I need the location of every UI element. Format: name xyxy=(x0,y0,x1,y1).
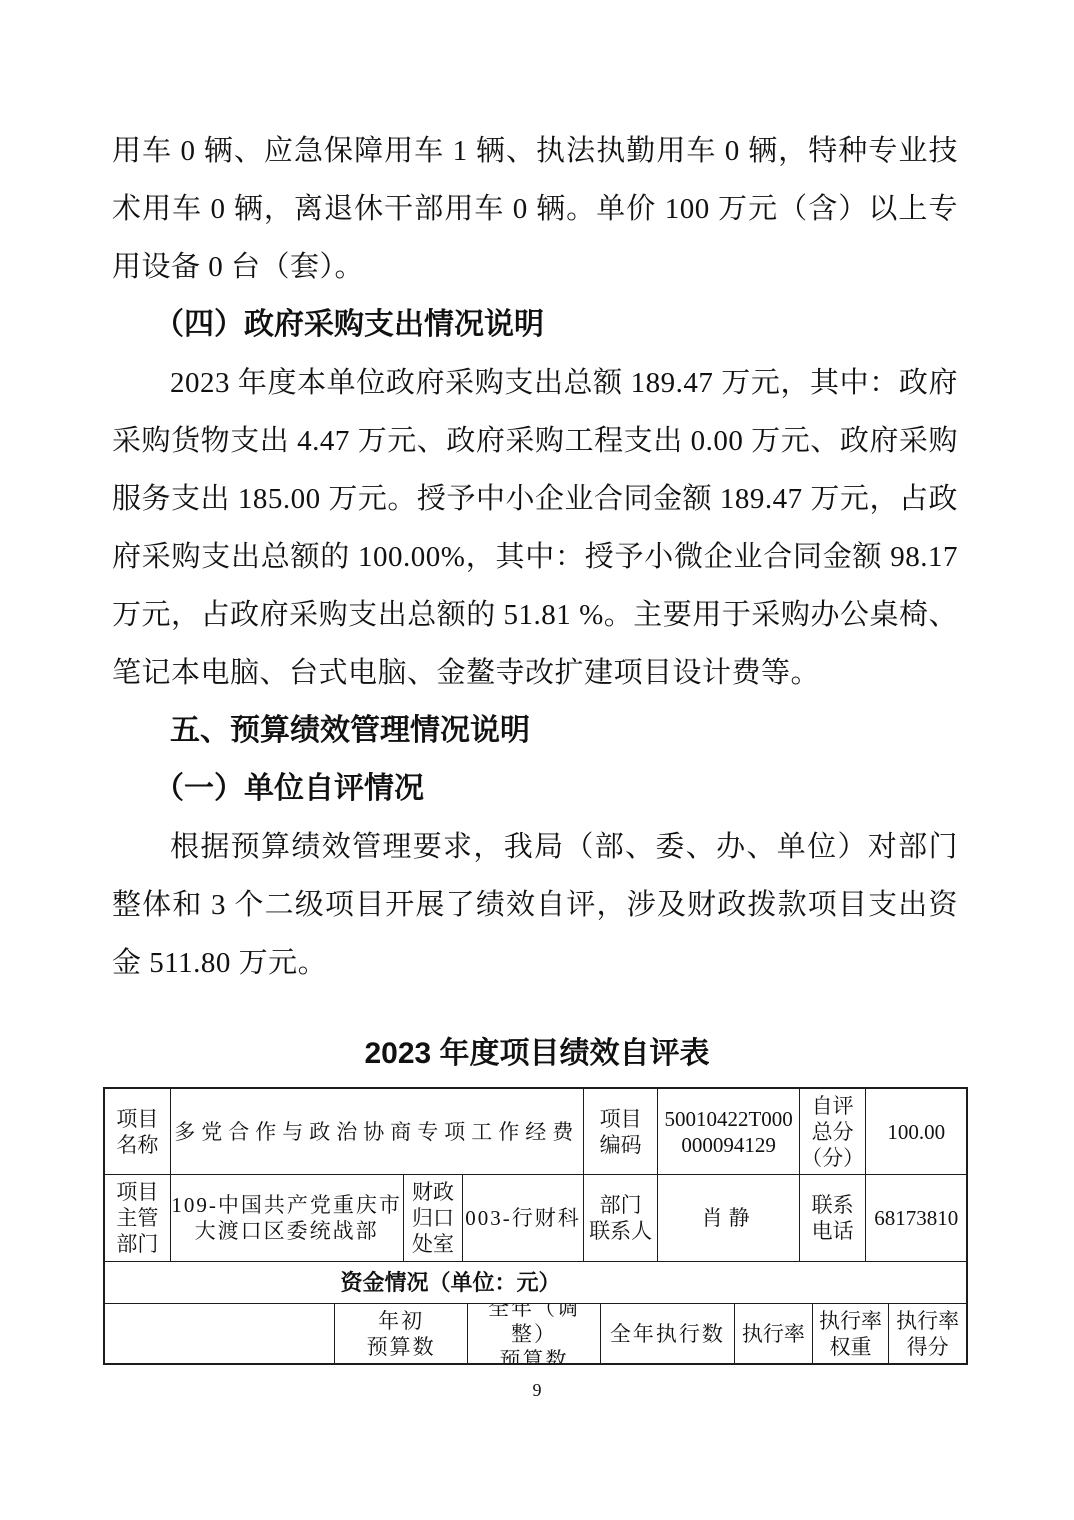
budget-initial-header-cell: 年初 预算数 xyxy=(334,1304,467,1363)
funds-header-cell: 资金情况（单位：元） xyxy=(105,1262,966,1303)
section-heading-self-eval: （一）单位自评情况 xyxy=(112,760,958,818)
body-line: 万元，占政府采购支出总额的 51.81 %。主要用于采购办公桌椅、 xyxy=(112,586,958,644)
body-text: 用车 0 辆、应急保障用车 1 辆、执法执勤用车 0 辆，特种专业技 术用车 0… xyxy=(112,122,958,992)
self-score-cell: 100.00 xyxy=(865,1089,966,1174)
section-heading-gov-procurement: （四）政府采购支出情况说明 xyxy=(112,296,958,354)
body-line: 术用车 0 辆，离退休干部用车 0 辆。单价 100 万元（含）以上专 xyxy=(112,180,958,238)
table-row-project: 项目 名称 多党合作与政治协商专项工作经费 项目 编码 50010422T000… xyxy=(105,1089,966,1174)
contact-cell: 肖静 xyxy=(657,1175,798,1261)
office-label-cell: 财政 归口 处室 xyxy=(403,1175,463,1261)
dept-label-cell: 项目 主管 部门 xyxy=(105,1175,170,1261)
body-line: 用设备 0 台（套）。 xyxy=(112,238,958,296)
budget-adjusted-header-cell: 全年（调整） 预算数 xyxy=(467,1304,599,1363)
section-heading-performance-mgmt: 五、预算绩效管理情况说明 xyxy=(112,702,958,760)
phone-label-cell: 联系 电话 xyxy=(799,1175,866,1261)
table-row-funds-columns: 年初 预算数 全年（调整） 预算数 全年执行数 执行率 执行率 权重 执行率 得… xyxy=(105,1303,966,1363)
exec-rate-header-cell: 执行率 xyxy=(734,1304,812,1363)
self-evaluation-table: 项目 名称 多党合作与政治协商专项工作经费 项目 编码 50010422T000… xyxy=(103,1087,968,1365)
body-line: 府采购支出总额的 100.00%，其中：授予小微企业合同金额 98.17 xyxy=(112,528,958,586)
body-line: 服务支出 185.00 万元。授予中小企业合同金额 189.47 万元，占政 xyxy=(112,470,958,528)
document-page: 用车 0 辆、应急保障用车 1 辆、执法执勤用车 0 辆，特种专业技 术用车 0… xyxy=(0,0,1074,1520)
project-name-cell: 多党合作与政治协商专项工作经费 xyxy=(170,1089,583,1174)
table-row-department: 项目 主管 部门 109-中国共产党重庆市 大渡口区委统战部 财政 归口 处室 … xyxy=(105,1174,966,1261)
project-name-label-cell: 项目 名称 xyxy=(105,1089,170,1174)
exec-rate-weight-header-cell: 执行率 权重 xyxy=(812,1304,889,1363)
body-line: 2023 年度本单位政府采购支出总额 189.47 万元，其中：政府 xyxy=(112,354,958,412)
phone-cell: 68173810 xyxy=(865,1175,966,1261)
body-line: 采购货物支出 4.47 万元、政府采购工程支出 0.00 万元、政府采购 xyxy=(112,412,958,470)
contact-label-cell: 部门 联系人 xyxy=(583,1175,658,1261)
body-line: 金 511.80 万元。 xyxy=(112,934,958,992)
dept-cell: 109-中国共产党重庆市 大渡口区委统战部 xyxy=(170,1175,403,1261)
blank-cell xyxy=(105,1304,334,1363)
office-cell: 003-行财科 xyxy=(462,1175,582,1261)
table-title: 2023 年度项目绩效自评表 xyxy=(0,1030,1074,1078)
self-score-label-cell: 自评 总分 （分） xyxy=(799,1089,866,1174)
body-line: 整体和 3 个二级项目开展了绩效自评，涉及财政拨款项目支出资 xyxy=(112,876,958,934)
body-line: 笔记本电脑、台式电脑、金鳌寺改扩建项目设计费等。 xyxy=(112,644,958,702)
body-line: 根据预算绩效管理要求，我局（部、委、办、单位）对部门 xyxy=(112,818,958,876)
body-line: 用车 0 辆、应急保障用车 1 辆、执法执勤用车 0 辆，特种专业技 xyxy=(112,122,958,180)
executed-header-cell: 全年执行数 xyxy=(600,1304,734,1363)
page-number: 9 xyxy=(0,1380,1074,1401)
project-code-label-cell: 项目 编码 xyxy=(583,1089,658,1174)
exec-rate-score-header-cell: 执行率 得分 xyxy=(888,1304,966,1363)
project-code-cell: 50010422T000 000094129 xyxy=(657,1089,798,1174)
table-row-funds-header: 资金情况（单位：元） xyxy=(105,1261,966,1303)
